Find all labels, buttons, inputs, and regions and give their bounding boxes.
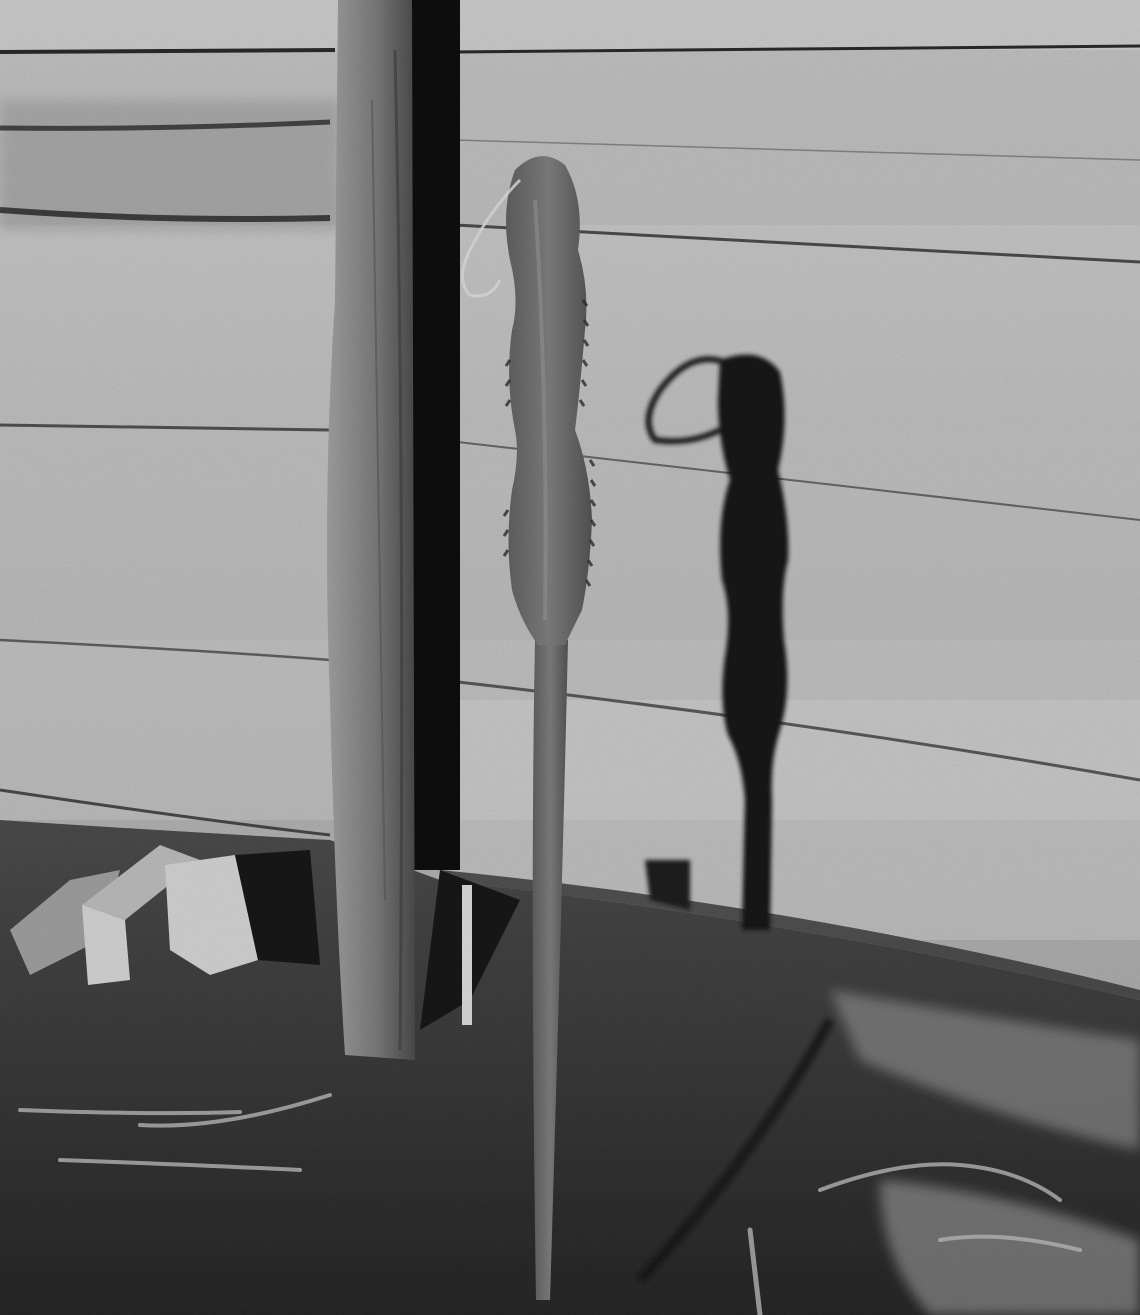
photograph bbox=[0, 0, 1140, 1315]
